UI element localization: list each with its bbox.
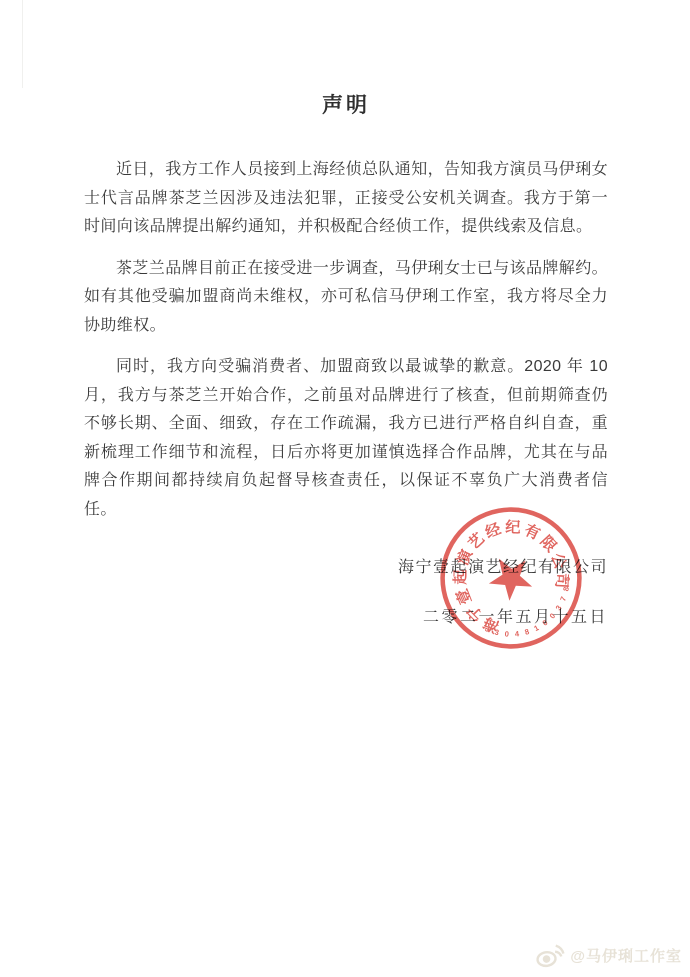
svg-text:有: 有 (522, 521, 543, 544)
statement-page: 声明 近日，我方工作人员接到上海经侦总队通知，告知我方演员马伊琍女士代言品牌茶芝… (0, 0, 690, 977)
svg-text:起: 起 (452, 568, 469, 584)
svg-text:7: 7 (558, 595, 568, 602)
weibo-watermark: @马伊琍工作室 (535, 943, 682, 967)
svg-text:限: 限 (537, 532, 561, 555)
svg-text:宁: 宁 (463, 602, 486, 625)
star-icon (481, 547, 540, 605)
svg-text:0: 0 (504, 629, 509, 638)
weibo-icon (534, 941, 567, 969)
svg-text:8: 8 (524, 627, 531, 637)
svg-text:3: 3 (554, 604, 564, 612)
svg-text:1: 1 (532, 623, 541, 633)
svg-text:艺: 艺 (465, 530, 488, 553)
paragraph-2: 茶芝兰品牌目前正在接受进一步调查，马伊琍女士已与该品牌解约。如有其他受骗加盟商尚… (84, 255, 608, 341)
watermark-text: @马伊琍工作室 (570, 945, 682, 966)
svg-text:经: 经 (483, 519, 504, 541)
svg-text:公: 公 (548, 551, 569, 572)
scan-edge-artifact (22, 0, 23, 88)
svg-text:0: 0 (548, 611, 557, 620)
svg-text:纪: 纪 (505, 518, 521, 537)
document-title: 声明 (84, 94, 608, 118)
paragraph-1: 近日，我方工作人员接到上海经侦总队通知，告知我方演员马伊琍女士代言品牌茶芝兰因涉… (84, 156, 608, 242)
svg-text:壹: 壹 (453, 586, 475, 607)
svg-text:0: 0 (541, 618, 550, 628)
svg-text:4: 4 (514, 629, 520, 638)
